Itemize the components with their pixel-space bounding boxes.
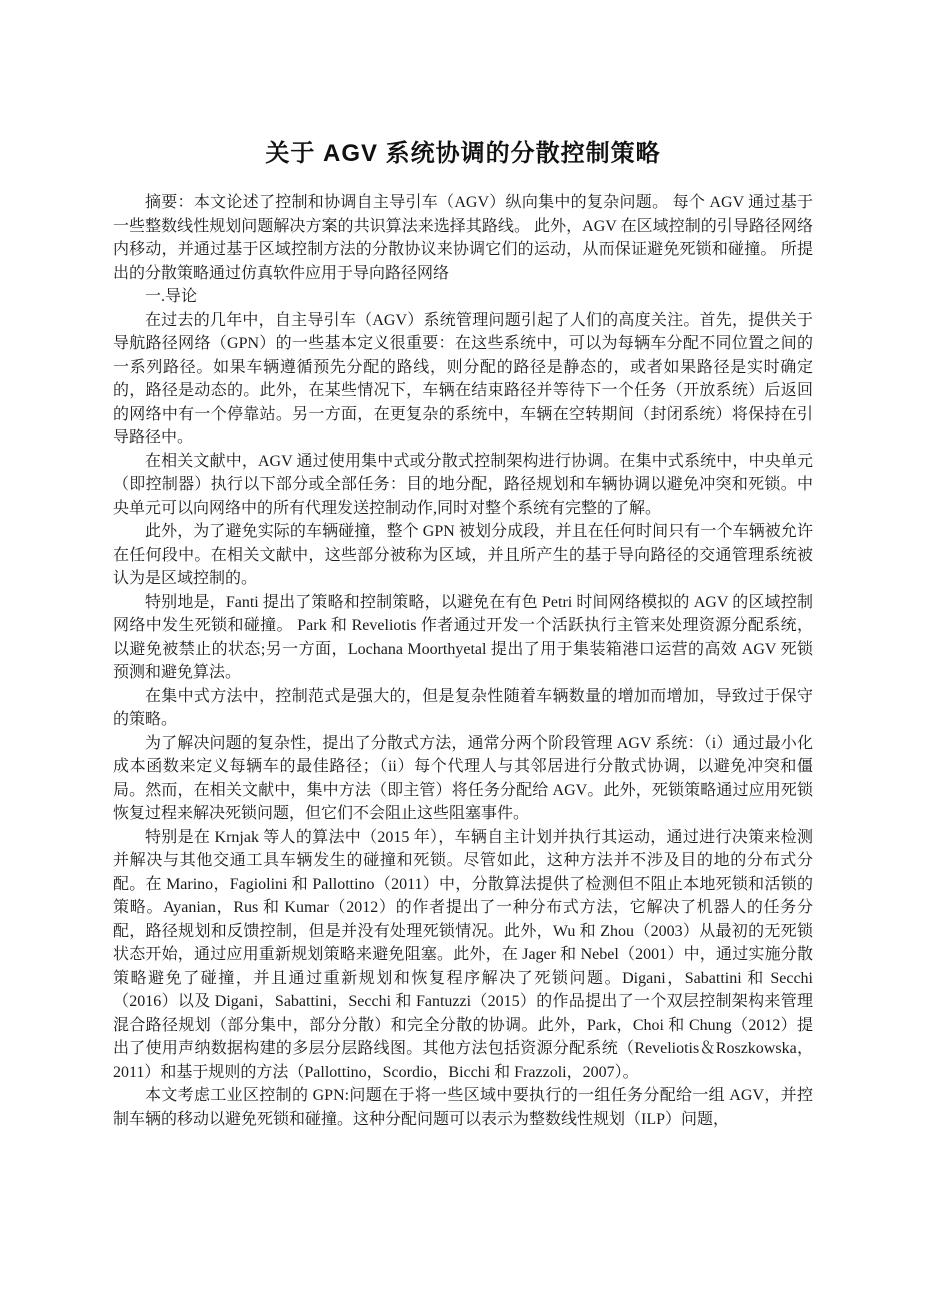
section-heading-introduction: 一.导论 (113, 285, 813, 309)
paragraph-literature-review: 特别是在 Krnjak 等人的算法中（2015 年），车辆自主计划并执行其运动，… (113, 826, 813, 1085)
paragraph-gpn-definitions: 在过去的几年中，自主导引车（AGV）系统管理问题引起了人们的高度关注。首先，提供… (113, 309, 813, 450)
abstract-paragraph: 摘要：本文论述了控制和协调自主导引车（AGV）纵向集中的复杂问题。 每个 AGV… (113, 191, 813, 285)
document-page: 关于 AGV 系统协调的分散控制策略 摘要：本文论述了控制和协调自主导引车（AG… (0, 0, 926, 1309)
paragraph-zone-control: 此外，为了避免实际的车辆碰撞，整个 GPN 被划分成段，并且在任何时间只有一个车… (113, 520, 813, 591)
paragraph-centralized-complexity: 在集中式方法中，控制范式是强大的，但是复杂性随着车辆数量的增加而增加，导致过于保… (113, 685, 813, 732)
paragraph-fanti-park-reveliotis: 特别地是，Fanti 提出了策略和控制策略，以避免在有色 Petri 时间网络模… (113, 591, 813, 685)
document-title: 关于 AGV 系统协调的分散控制策略 (113, 138, 813, 170)
document-body: 摘要：本文论述了控制和协调自主导引车（AGV）纵向集中的复杂问题。 每个 AGV… (113, 191, 813, 1131)
paragraph-this-paper-gpn-ilp: 本文考虑工业区控制的 GPN:问题在于将一些区域中要执行的一组任务分配给一组 A… (113, 1084, 813, 1131)
paragraph-centralized-decentralized: 在相关文献中，AGV 通过使用集中式或分散式控制架构进行协调。在集中式系统中，中… (113, 450, 813, 521)
paragraph-two-stage-decentralized: 为了解决问题的复杂性，提出了分散式方法，通常分两个阶段管理 AGV 系统：（i）… (113, 732, 813, 826)
